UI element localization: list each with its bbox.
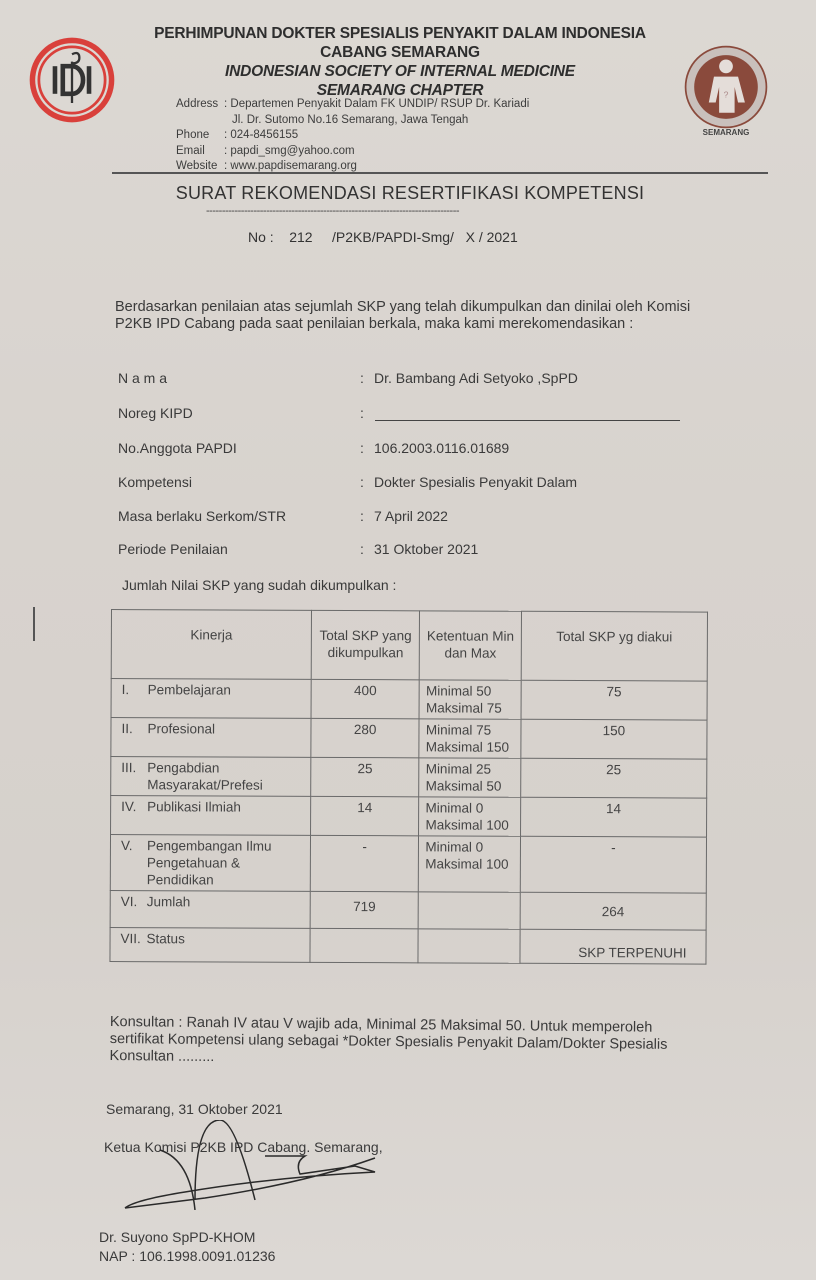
table-row: IV.Publikasi Ilmiah14Minimal 0 Maksimal … (111, 796, 707, 838)
table-row: VI.Jumlah719264 (110, 890, 706, 930)
konsultan-note: Konsultan : Ranah IV atau V wajib ada, M… (109, 1014, 680, 1071)
cell-ketentuan: Minimal 25 Maksimal 50 (419, 758, 521, 797)
logo-caption: SEMARANG (690, 128, 762, 137)
field-label: Periode Penilaian (118, 541, 360, 557)
kinerja-label: Status (147, 930, 185, 947)
cell-kinerja: IV.Publikasi Ilmiah (111, 796, 311, 836)
row-number: V. (117, 837, 147, 888)
org-name-en: INDONESIAN SOCIETY OF INTERNAL MEDICINE (140, 62, 660, 81)
cell-ketentuan: Minimal 50 Maksimal 75 (419, 680, 521, 719)
header-diakui: Total SKP yg diakui (521, 611, 708, 681)
table-row: I.Pembelajaran400Minimal 50 Maksimal 757… (111, 679, 707, 721)
field-label: N a m a (118, 370, 360, 386)
field-colon: : (360, 508, 374, 524)
field-value: Dr. Bambang Adi Setyoko ,SpPD (374, 370, 578, 386)
field-nama: N a m a : Dr. Bambang Adi Setyoko ,SpPD (118, 370, 718, 386)
cell-kinerja: III.Pengabdian Masyarakat/Prefesi (111, 757, 311, 797)
phone-label: Phone (176, 128, 224, 144)
field-masa-berlaku: Masa berlaku Serkom/STR : 7 April 2022 (118, 508, 718, 524)
header-kinerja: Kinerja (111, 610, 311, 680)
cell-total: 719 (310, 891, 419, 928)
contact-block: Address: Departemen Penyakit Dalam FK UN… (176, 97, 529, 175)
phone-value: : 024-8456155 (224, 128, 298, 144)
row-number: IV. (117, 798, 147, 815)
kinerja-label: Pengabdian Masyarakat/Prefesi (147, 759, 304, 794)
signature (120, 1120, 390, 1210)
field-value: Dokter Spesialis Penyakit Dalam (374, 474, 577, 490)
row-number: III. (117, 759, 147, 793)
address-label: Address (176, 97, 224, 113)
cell-ketentuan: Minimal 0 Maksimal 100 (419, 836, 521, 892)
field-label: Kompetensi (118, 474, 360, 490)
papdi-semarang-logo: ? (683, 44, 769, 130)
noreg-blank-line (375, 420, 680, 421)
email-label: Email (176, 144, 224, 160)
field-colon: : (360, 541, 374, 557)
signer-name: Dr. Suyono SpPD-KHOM (99, 1229, 255, 1245)
field-value: 31 Oktober 2021 (374, 541, 478, 557)
field-colon: : (360, 474, 374, 490)
intro-paragraph: Berdasarkan penilaian atas sejumlah SKP … (115, 299, 715, 333)
letterhead-divider (112, 172, 768, 174)
table-row: V.Pengembangan Ilmu Pengetahuan & Pendid… (110, 835, 706, 894)
field-label: No.Anggota PAPDI (118, 440, 360, 456)
kinerja-label: Pengembangan Ilmu Pengetahuan & Pendidik… (147, 837, 304, 889)
cell-ketentuan: Minimal 0 Maksimal 100 (419, 797, 521, 836)
skp-table: Kinerja Total SKP yang dikumpulkan Keten… (109, 609, 708, 965)
cell-total: - (310, 835, 419, 891)
row-number: II. (117, 720, 147, 737)
cell-ketentuan (418, 929, 519, 963)
email-value: : papdi_smg@yahoo.com (224, 144, 355, 160)
cell-kinerja: VI.Jumlah (110, 890, 310, 928)
letterhead-title: PERHIMPUNAN DOKTER SPESIALIS PENYAKIT DA… (140, 24, 660, 100)
title-dash-rule: ----------------------------------------… (206, 205, 612, 217)
cell-diakui: 14 (520, 797, 706, 837)
field-colon: : (360, 405, 374, 421)
field-no-anggota: No.Anggota PAPDI : 106.2003.0116.01689 (118, 440, 718, 456)
cell-diakui: 25 (520, 758, 706, 798)
row-number: VII. (117, 930, 147, 947)
cell-diakui: 264 (520, 892, 706, 930)
cell-total: 14 (310, 796, 419, 835)
cell-total: 280 (311, 718, 420, 757)
header-total: Total SKP yang dikumpulkan (311, 610, 420, 679)
kinerja-label: Profesional (147, 720, 215, 737)
svg-text:?: ? (724, 89, 729, 99)
address-line1: : Departemen Penyakit Dalam FK UNDIP/ RS… (224, 97, 529, 113)
cell-kinerja: VII.Status (110, 927, 310, 962)
kinerja-label: Jumlah (147, 893, 191, 910)
margin-mark (33, 607, 35, 641)
field-value: 7 April 2022 (374, 508, 448, 524)
place-date: Semarang, 31 Oktober 2021 (106, 1101, 283, 1117)
cell-total: 25 (311, 757, 420, 796)
table-row: III.Pengabdian Masyarakat/Prefesi25Minim… (111, 757, 707, 799)
field-noreg-kipd: Noreg KIPD : (118, 405, 718, 421)
org-name-id: PERHIMPUNAN DOKTER SPESIALIS PENYAKIT DA… (140, 24, 660, 43)
field-colon: : (360, 440, 374, 456)
row-number: VI. (117, 893, 147, 910)
document-title: SURAT REKOMENDASI RESERTIFIKASI KOMPETEN… (158, 183, 662, 204)
idi-logo (26, 34, 118, 126)
cell-diakui: 150 (521, 719, 707, 759)
branch-id: CABANG SEMARANG (140, 43, 660, 62)
cell-ketentuan (419, 892, 521, 929)
cell-total (310, 928, 419, 962)
document-number: No : 212 /P2KB/PAPDI-Smg/ X / 2021 (248, 229, 518, 245)
cell-ketentuan: Minimal 75 Maksimal 150 (419, 719, 521, 758)
cell-kinerja: I.Pembelajaran (111, 679, 311, 719)
field-label: Noreg KIPD (118, 405, 360, 421)
field-colon: : (360, 370, 374, 386)
signer-nap: NAP : 106.1998.0091.01236 (99, 1248, 275, 1264)
jumlah-label: Jumlah Nilai SKP yang sudah dikumpulkan … (122, 577, 396, 593)
header-ketentuan: Ketentuan Min dan Max (420, 611, 522, 680)
cell-kinerja: II.Profesional (111, 718, 311, 758)
field-kompetensi: Kompetensi : Dokter Spesialis Penyakit D… (118, 474, 718, 490)
cell-diakui: - (520, 836, 706, 893)
row-number: I. (118, 681, 148, 698)
cell-kinerja: V.Pengembangan Ilmu Pengetahuan & Pendid… (110, 835, 310, 892)
cell-total: 400 (311, 679, 420, 718)
field-label: Masa berlaku Serkom/STR (118, 508, 360, 524)
address-line2: Jl. Dr. Sutomo No.16 Semarang, Jawa Teng… (176, 113, 529, 129)
field-value: 106.2003.0116.01689 (374, 440, 509, 456)
cell-diakui: 75 (521, 680, 707, 720)
kinerja-label: Pembelajaran (148, 681, 231, 698)
field-periode: Periode Penilaian : 31 Oktober 2021 (118, 541, 718, 557)
table-row: VII.StatusSKP TERPENUHI (110, 927, 706, 964)
table-row: II.Profesional280Minimal 75 Maksimal 150… (111, 718, 707, 760)
cell-diakui: SKP TERPENUHI (520, 929, 706, 964)
table-header-row: Kinerja Total SKP yang dikumpulkan Keten… (111, 610, 707, 682)
kinerja-label: Publikasi Ilmiah (147, 798, 241, 815)
